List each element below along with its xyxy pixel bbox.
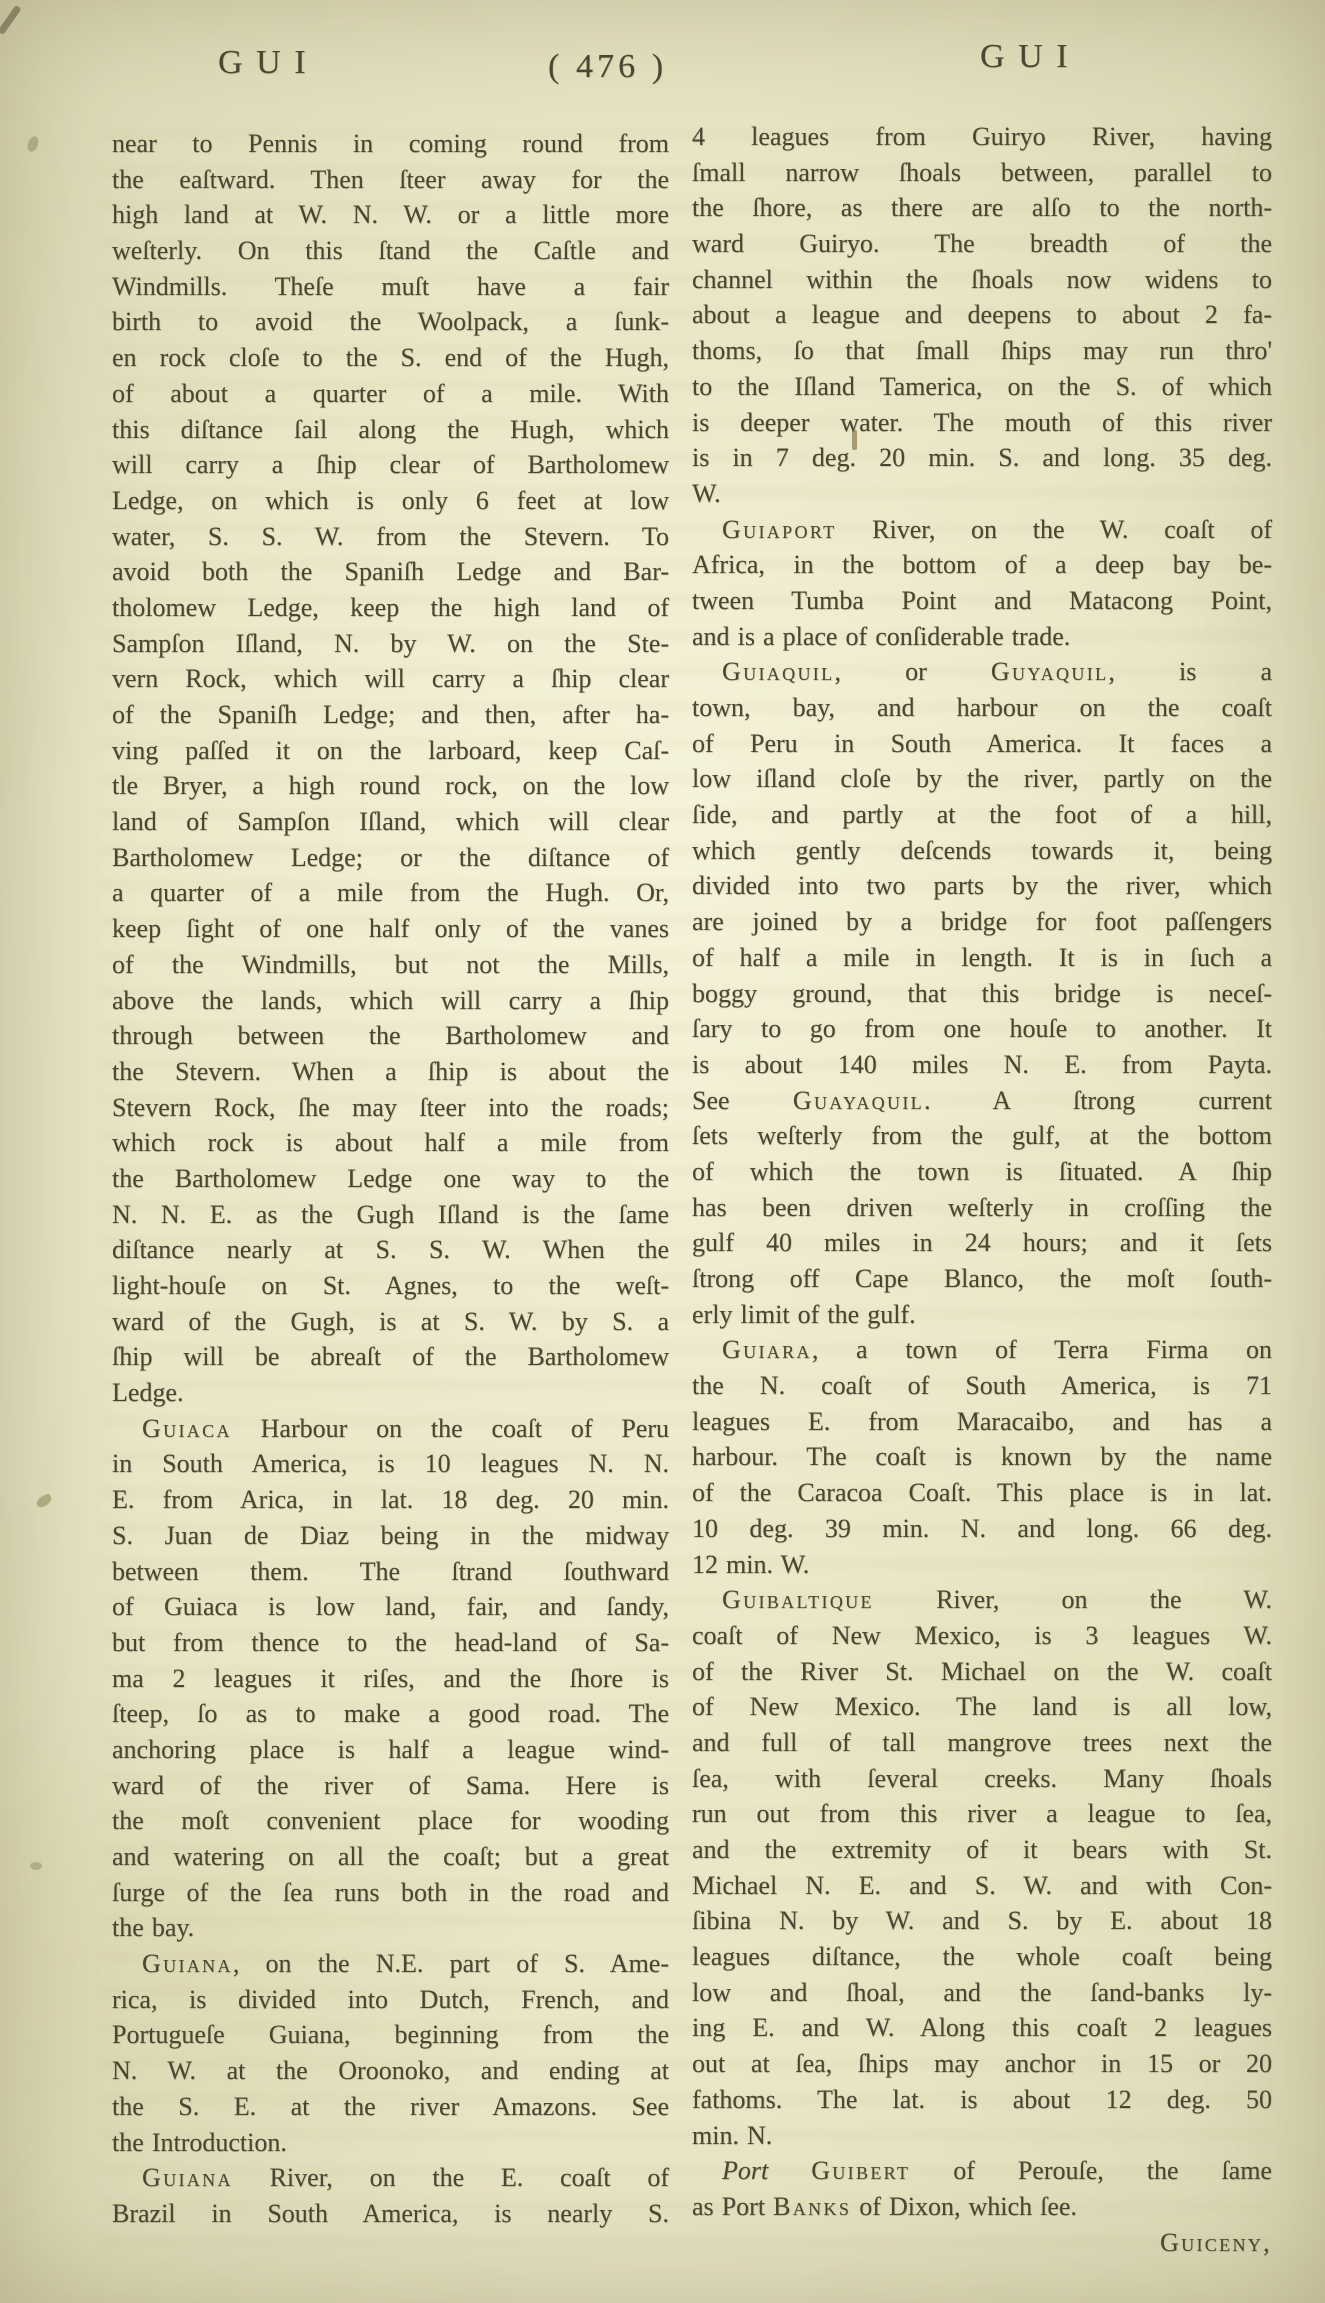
entry-guibaltique-line: fathoms. The lat. is about 12 deg. 50 bbox=[692, 2082, 1272, 2118]
text-column-left: near to Pennis in coming round fromthe e… bbox=[112, 126, 669, 2232]
entry-guiaquil-line: Guiaquil, or Guyaquil, is a bbox=[692, 654, 1272, 690]
entry-guiaquil-line: which gently deſcends towards it, being bbox=[692, 833, 1272, 869]
continuation-guiana-river-line: 4 leagues from Guiryo River, having bbox=[692, 119, 1272, 155]
continuation-pennis-line: Windmills. Theſe muſt have a fair bbox=[112, 269, 669, 305]
continuation-guiana-river-line: W. bbox=[692, 476, 1272, 512]
continuation-pennis-line: light-houſe on St. Agnes, to the weſt- bbox=[112, 1268, 669, 1304]
continuation-pennis-line: this diſtance ſail along the Hugh, which bbox=[112, 412, 669, 448]
entry-guiaca-line: in South America, is 10 leagues N. N. bbox=[112, 1446, 669, 1482]
headword-smallcaps: Guibaltique bbox=[722, 1585, 874, 1614]
entry-guibaltique-line: ing E. and W. Along this coaſt 2 leagues bbox=[692, 2010, 1272, 2046]
entry-guiaquil-line: boggy ground, that this bridge is neceſ- bbox=[692, 976, 1272, 1012]
entry-guibaltique-line: min. N. bbox=[692, 2118, 1272, 2154]
continuation-pennis-line: avoid both the Spaniſh Ledge and Bar- bbox=[112, 554, 669, 590]
continuation-pennis-line: Bartholomew Ledge; or the diſtance of bbox=[112, 840, 669, 876]
entry-guiaport-line: and is a place of conſiderable trade. bbox=[692, 619, 1272, 655]
continuation-guiana-river-line: thoms, ſo that ſmall ſhips may run thro' bbox=[692, 333, 1272, 369]
entry-guiaquil-line: divided into two parts by the river, whi… bbox=[692, 868, 1272, 904]
ink-speck bbox=[35, 1493, 54, 1509]
continuation-pennis-line: birth to avoid the Woolpack, a ſunk- bbox=[112, 304, 669, 340]
continuation-pennis-line: diſtance nearly at S. S. W. When the bbox=[112, 1232, 669, 1268]
entry-port-guibert-line: as Port Banks of Dixon, which ſee. bbox=[692, 2189, 1272, 2225]
continuation-pennis-line: above the lands, which will carry a ſhip bbox=[112, 983, 669, 1019]
entry-guiaca-line: S. Juan de Diaz being in the midway bbox=[112, 1518, 669, 1554]
entry-guiaquil-line: has been driven weſterly in croſſing the bbox=[692, 1190, 1272, 1226]
continuation-pennis-line: weſterly. On this ſtand the Caſtle and bbox=[112, 233, 669, 269]
entry-guiana-line: the Introduction. bbox=[112, 2125, 669, 2161]
entry-guiaquil-line: of half a mile in length. It is in ſuch … bbox=[692, 940, 1272, 976]
headword-smallcaps: Guiana bbox=[142, 2163, 233, 2192]
continuation-pennis-line: through between the Bartholomew and bbox=[112, 1018, 669, 1054]
continuation-pennis-line: Stevern Rock, ſhe may ſteer into the roa… bbox=[112, 1090, 669, 1126]
entry-guiara-line: 10 deg. 39 min. N. and long. 66 deg. bbox=[692, 1511, 1272, 1547]
page-number: ( 476 ) bbox=[548, 48, 667, 86]
ink-speck bbox=[26, 135, 41, 153]
body-text: River, on the W. coaſt of bbox=[836, 515, 1272, 544]
body-text: See bbox=[692, 1086, 793, 1115]
continuation-pennis-line: high land at W. N. W. or a little more bbox=[112, 197, 669, 233]
catchword-line: Guiceny, bbox=[692, 2225, 1272, 2261]
body-text: River, on the E. coaſt of bbox=[233, 2163, 669, 2192]
continuation-pennis-line: land of Sampſon Iſland, which will clear bbox=[112, 804, 669, 840]
continuation-guiana-river-line: is deeper water. The mouth of this river bbox=[692, 405, 1272, 441]
entry-guibaltique-line: leagues diſtance, the whole coaſt being bbox=[692, 1939, 1272, 1975]
continuation-pennis-line: near to Pennis in coming round from bbox=[112, 126, 669, 162]
entry-guiaquil-line: ſide, and partly at the foot of a hill, bbox=[692, 797, 1272, 833]
entry-guibaltique-line: of the River St. Michael on the W. coaſt bbox=[692, 1654, 1272, 1690]
continuation-pennis-line: keep ſight of one half only of the vanes bbox=[112, 911, 669, 947]
text-column-right: 4 leagues from Guiryo River, havingſmall… bbox=[692, 119, 1272, 2260]
entry-guiaca-line: the moſt convenient place for wooding bbox=[112, 1803, 669, 1839]
entry-guiana-line: rica, is divided into Dutch, French, and bbox=[112, 1982, 669, 2018]
entry-guiaca-line: ma 2 leagues it riſes, and the ſhore is bbox=[112, 1661, 669, 1697]
body-text: , on the N.E. part of S. Ame- bbox=[233, 1949, 669, 1978]
entry-guiaca-line: the bay. bbox=[112, 1910, 669, 1946]
entry-guiaca-line: ſurge of the ſea runs both in the road a… bbox=[112, 1875, 669, 1911]
entry-guiaquil-line: erly limit of the gulf. bbox=[692, 1297, 1272, 1333]
headword-smallcaps: Banks bbox=[773, 2192, 851, 2221]
continuation-pennis-line: a quarter of a mile from the Hugh. Or, bbox=[112, 875, 669, 911]
continuation-pennis-line: of the Windmills, but not the Mills, bbox=[112, 947, 669, 983]
body-text: . A ſtrong current bbox=[924, 1086, 1272, 1115]
entry-guiaquil-line: ſtrong off Cape Blanco, the moſt ſouth- bbox=[692, 1261, 1272, 1297]
entry-guiara-line: harbour. The coaſt is known by the name bbox=[692, 1439, 1272, 1475]
entry-guiana-line: the S. E. at the river Amazons. See bbox=[112, 2089, 669, 2125]
entry-guiana-line: N. W. at the Oroonoko, and ending at bbox=[112, 2053, 669, 2089]
body-text: , a town of Terra Firma on bbox=[812, 1335, 1272, 1364]
continuation-pennis-line: Sampſon Iſland, N. by W. on the Ste- bbox=[112, 626, 669, 662]
continuation-guiana-river-line: ward Guiryo. The breadth of the bbox=[692, 226, 1272, 262]
continuation-pennis-line: ward of the Gugh, is at S. W. by S. a bbox=[112, 1304, 669, 1340]
entry-guiaquil-line: low iſland cloſe by the river, partly on… bbox=[692, 761, 1272, 797]
continuation-pennis-line: the Stevern. When a ſhip is about the bbox=[112, 1054, 669, 1090]
entry-guiaca-line: between them. The ſtrand ſouthward bbox=[112, 1554, 669, 1590]
entry-guiaca-line: ward of the river of Sama. Here is bbox=[112, 1768, 669, 1804]
continuation-guiana-river-line: channel within the ſhoals now widens to bbox=[692, 262, 1272, 298]
entry-guiara-line: the N. coaſt of South America, is 71 bbox=[692, 1368, 1272, 1404]
entry-guibaltique-line: and the extremity of it bears with St. bbox=[692, 1832, 1272, 1868]
entry-guibaltique-line: Guibaltique River, on the W. bbox=[692, 1582, 1272, 1618]
continuation-guiana-river-line: about a league and deepens to about 2 fa… bbox=[692, 297, 1272, 333]
entry-guibaltique-line: of New Mexico. The land is all low, bbox=[692, 1689, 1272, 1725]
entry-guibaltique-line: ſea, with ſeveral creeks. Many ſhoals bbox=[692, 1761, 1272, 1797]
headword-smallcaps: Guiaquil bbox=[722, 657, 834, 686]
entry-guibaltique-line: out at ſea, ſhips may anchor in 15 or 20 bbox=[692, 2046, 1272, 2082]
entry-guiaca-line: anchoring place is half a league wind- bbox=[112, 1732, 669, 1768]
entry-guiaca-line: of Guiaca is low land, fair, and ſandy, bbox=[112, 1589, 669, 1625]
continuation-pennis-line: N. N. E. as the Gugh Iſland is the ſame bbox=[112, 1197, 669, 1233]
continuation-pennis-line: water, S. S. W. from the Stevern. To bbox=[112, 519, 669, 555]
entry-port-guibert-line: Port Guibert of Perouſe, the ſame bbox=[692, 2153, 1272, 2189]
entry-guiaport-line: Africa, in the bottom of a deep bay be- bbox=[692, 547, 1272, 583]
entry-guibaltique-line: and full of tall mangrove trees next the bbox=[692, 1725, 1272, 1761]
entry-guiaca-line: E. from Arica, in lat. 18 deg. 20 min. bbox=[112, 1482, 669, 1518]
body-text: River, on the W. bbox=[874, 1585, 1272, 1614]
entry-guiara-line: 12 min. W. bbox=[692, 1547, 1272, 1583]
entry-guiaquil-line: town, bay, and harbour on the coaſt bbox=[692, 690, 1272, 726]
entry-guiana-river-line: Brazil in South America, is nearly S. bbox=[112, 2196, 669, 2232]
entry-guiaport-line: Guiaport River, on the W. coaſt of bbox=[692, 512, 1272, 548]
continuation-pennis-line: the eaſtward. Then ſteer away for the bbox=[112, 162, 669, 198]
headword-smallcaps: Guiana bbox=[142, 1949, 233, 1978]
entry-guibaltique-line: low and ſhoal, and the ſand-banks ly- bbox=[692, 1975, 1272, 2011]
body-text: of Dixon, which ſee. bbox=[851, 2192, 1077, 2221]
headword-smallcaps: Guiaca bbox=[142, 1414, 232, 1443]
entry-guiaca-line: ſteep, ſo as to make a good road. The bbox=[112, 1696, 669, 1732]
continuation-guiana-river-line: to the Iſland Tamerica, on the S. of whi… bbox=[692, 369, 1272, 405]
continuation-pennis-line: en rock cloſe to the S. end of the Hugh, bbox=[112, 340, 669, 376]
continuation-guiana-river-line: the ſhore, as there are alſo to the nort… bbox=[692, 190, 1272, 226]
entry-guiaquil-line: gulf 40 miles in 24 hours; and it ſets bbox=[692, 1225, 1272, 1261]
entry-guiaca-line: and watering on all the coaſt; but a gre… bbox=[112, 1839, 669, 1875]
body-text: of Perouſe, the ſame bbox=[910, 2156, 1272, 2185]
continuation-pennis-line: Ledge, on which is only 6 feet at low bbox=[112, 483, 669, 519]
running-title-left: GUI bbox=[218, 44, 319, 82]
ink-speck bbox=[30, 1862, 42, 1870]
headword-smallcaps: Guiara bbox=[722, 1335, 812, 1364]
entry-guiara-line: leagues E. from Maracaibo, and has a bbox=[692, 1404, 1272, 1440]
ink-speck bbox=[0, 5, 22, 35]
continuation-pennis-line: of the Spaniſh Ledge; and then, after ha… bbox=[112, 697, 669, 733]
continuation-pennis-line: tholomew Ledge, keep the high land of bbox=[112, 590, 669, 626]
continuation-guiana-river-line: ſmall narrow ſhoals between, parallel to bbox=[692, 155, 1272, 191]
continuation-pennis-line: of about a quarter of a mile. With bbox=[112, 376, 669, 412]
entry-guiaquil-line: are joined by a bridge for foot paſſenge… bbox=[692, 904, 1272, 940]
entry-guiaport-line: tween Tumba Point and Matacong Point, bbox=[692, 583, 1272, 619]
entry-guiaquil-line: of Peru in South America. It faces a bbox=[692, 726, 1272, 762]
entry-guiaca-line: Guiaca Harbour on the coaſt of Peru bbox=[112, 1411, 669, 1447]
entry-guibaltique-line: Michael N. E. and S. W. and with Con- bbox=[692, 1868, 1272, 1904]
headword-smallcaps: Guyaquil bbox=[991, 657, 1109, 686]
entry-guibaltique-line: ſibina N. by W. and S. by E. about 18 bbox=[692, 1903, 1272, 1939]
entry-guiara-line: Guiara, a town of Terra Firma on bbox=[692, 1332, 1272, 1368]
continuation-pennis-line: which rock is about half a mile from bbox=[112, 1125, 669, 1161]
body-text: , is a bbox=[1108, 657, 1272, 686]
continuation-pennis-line: will carry a ſhip clear of Bartholomew bbox=[112, 447, 669, 483]
continuation-pennis-line: the Bartholomew Ledge one way to the bbox=[112, 1161, 669, 1197]
entry-guiaca-line: but from thence to the head-land of Sa- bbox=[112, 1625, 669, 1661]
headword-smallcaps: Guayaquil bbox=[793, 1086, 924, 1115]
continuation-pennis-line: ſhip will be abreaſt of the Bartholomew bbox=[112, 1339, 669, 1375]
entry-guiana-line: Portugueſe Guiana, beginning from the bbox=[112, 2017, 669, 2053]
entry-guiaquil-line: See Guayaquil. A ſtrong current bbox=[692, 1083, 1272, 1119]
continuation-pennis-line: vern Rock, which will carry a ſhip clear bbox=[112, 661, 669, 697]
headword-smallcaps: Guiaport bbox=[722, 515, 836, 544]
continuation-pennis-line: tle Bryer, a high round rock, on the low bbox=[112, 768, 669, 804]
entry-guiara-line: of the Caracoa Coaſt. This place is in l… bbox=[692, 1475, 1272, 1511]
running-title-right: GUI bbox=[980, 38, 1081, 76]
continuation-pennis-line: ving paſſed it on the larboard, keep Caſ… bbox=[112, 733, 669, 769]
italic-text: Port bbox=[722, 2156, 811, 2185]
entry-guiaquil-line: of which the town is ſituated. A ſhip bbox=[692, 1154, 1272, 1190]
entry-guiana-river-line: Guiana River, on the E. coaſt of bbox=[112, 2160, 669, 2196]
entry-guibaltique-line: coaſt of New Mexico, is 3 leagues W. bbox=[692, 1618, 1272, 1654]
continuation-guiana-river-line: is in 7 deg. 20 min. S. and long. 35 deg… bbox=[692, 440, 1272, 476]
entry-guiaquil-line: ſets weſterly from the gulf, at the bott… bbox=[692, 1118, 1272, 1154]
headword-smallcaps: Guiceny, bbox=[1160, 2228, 1272, 2257]
entry-guiaquil-line: is about 140 miles N. E. from Payta. bbox=[692, 1047, 1272, 1083]
continuation-pennis-line: Ledge. bbox=[112, 1375, 669, 1411]
entry-guiana-line: Guiana, on the N.E. part of S. Ame- bbox=[112, 1946, 669, 1982]
book-page: GUI ( 476 ) GUI near to Pennis in coming… bbox=[0, 0, 1325, 2303]
headword-smallcaps: Guibert bbox=[811, 2156, 910, 2185]
entry-guibaltique-line: run out from this river a league to ſea, bbox=[692, 1796, 1272, 1832]
entry-guiaquil-line: ſary to go from one houſe to another. It bbox=[692, 1011, 1272, 1047]
body-text: , or bbox=[834, 657, 990, 686]
body-text: Harbour on the coaſt of Peru bbox=[232, 1414, 669, 1443]
body-text: as Port bbox=[692, 2192, 773, 2221]
